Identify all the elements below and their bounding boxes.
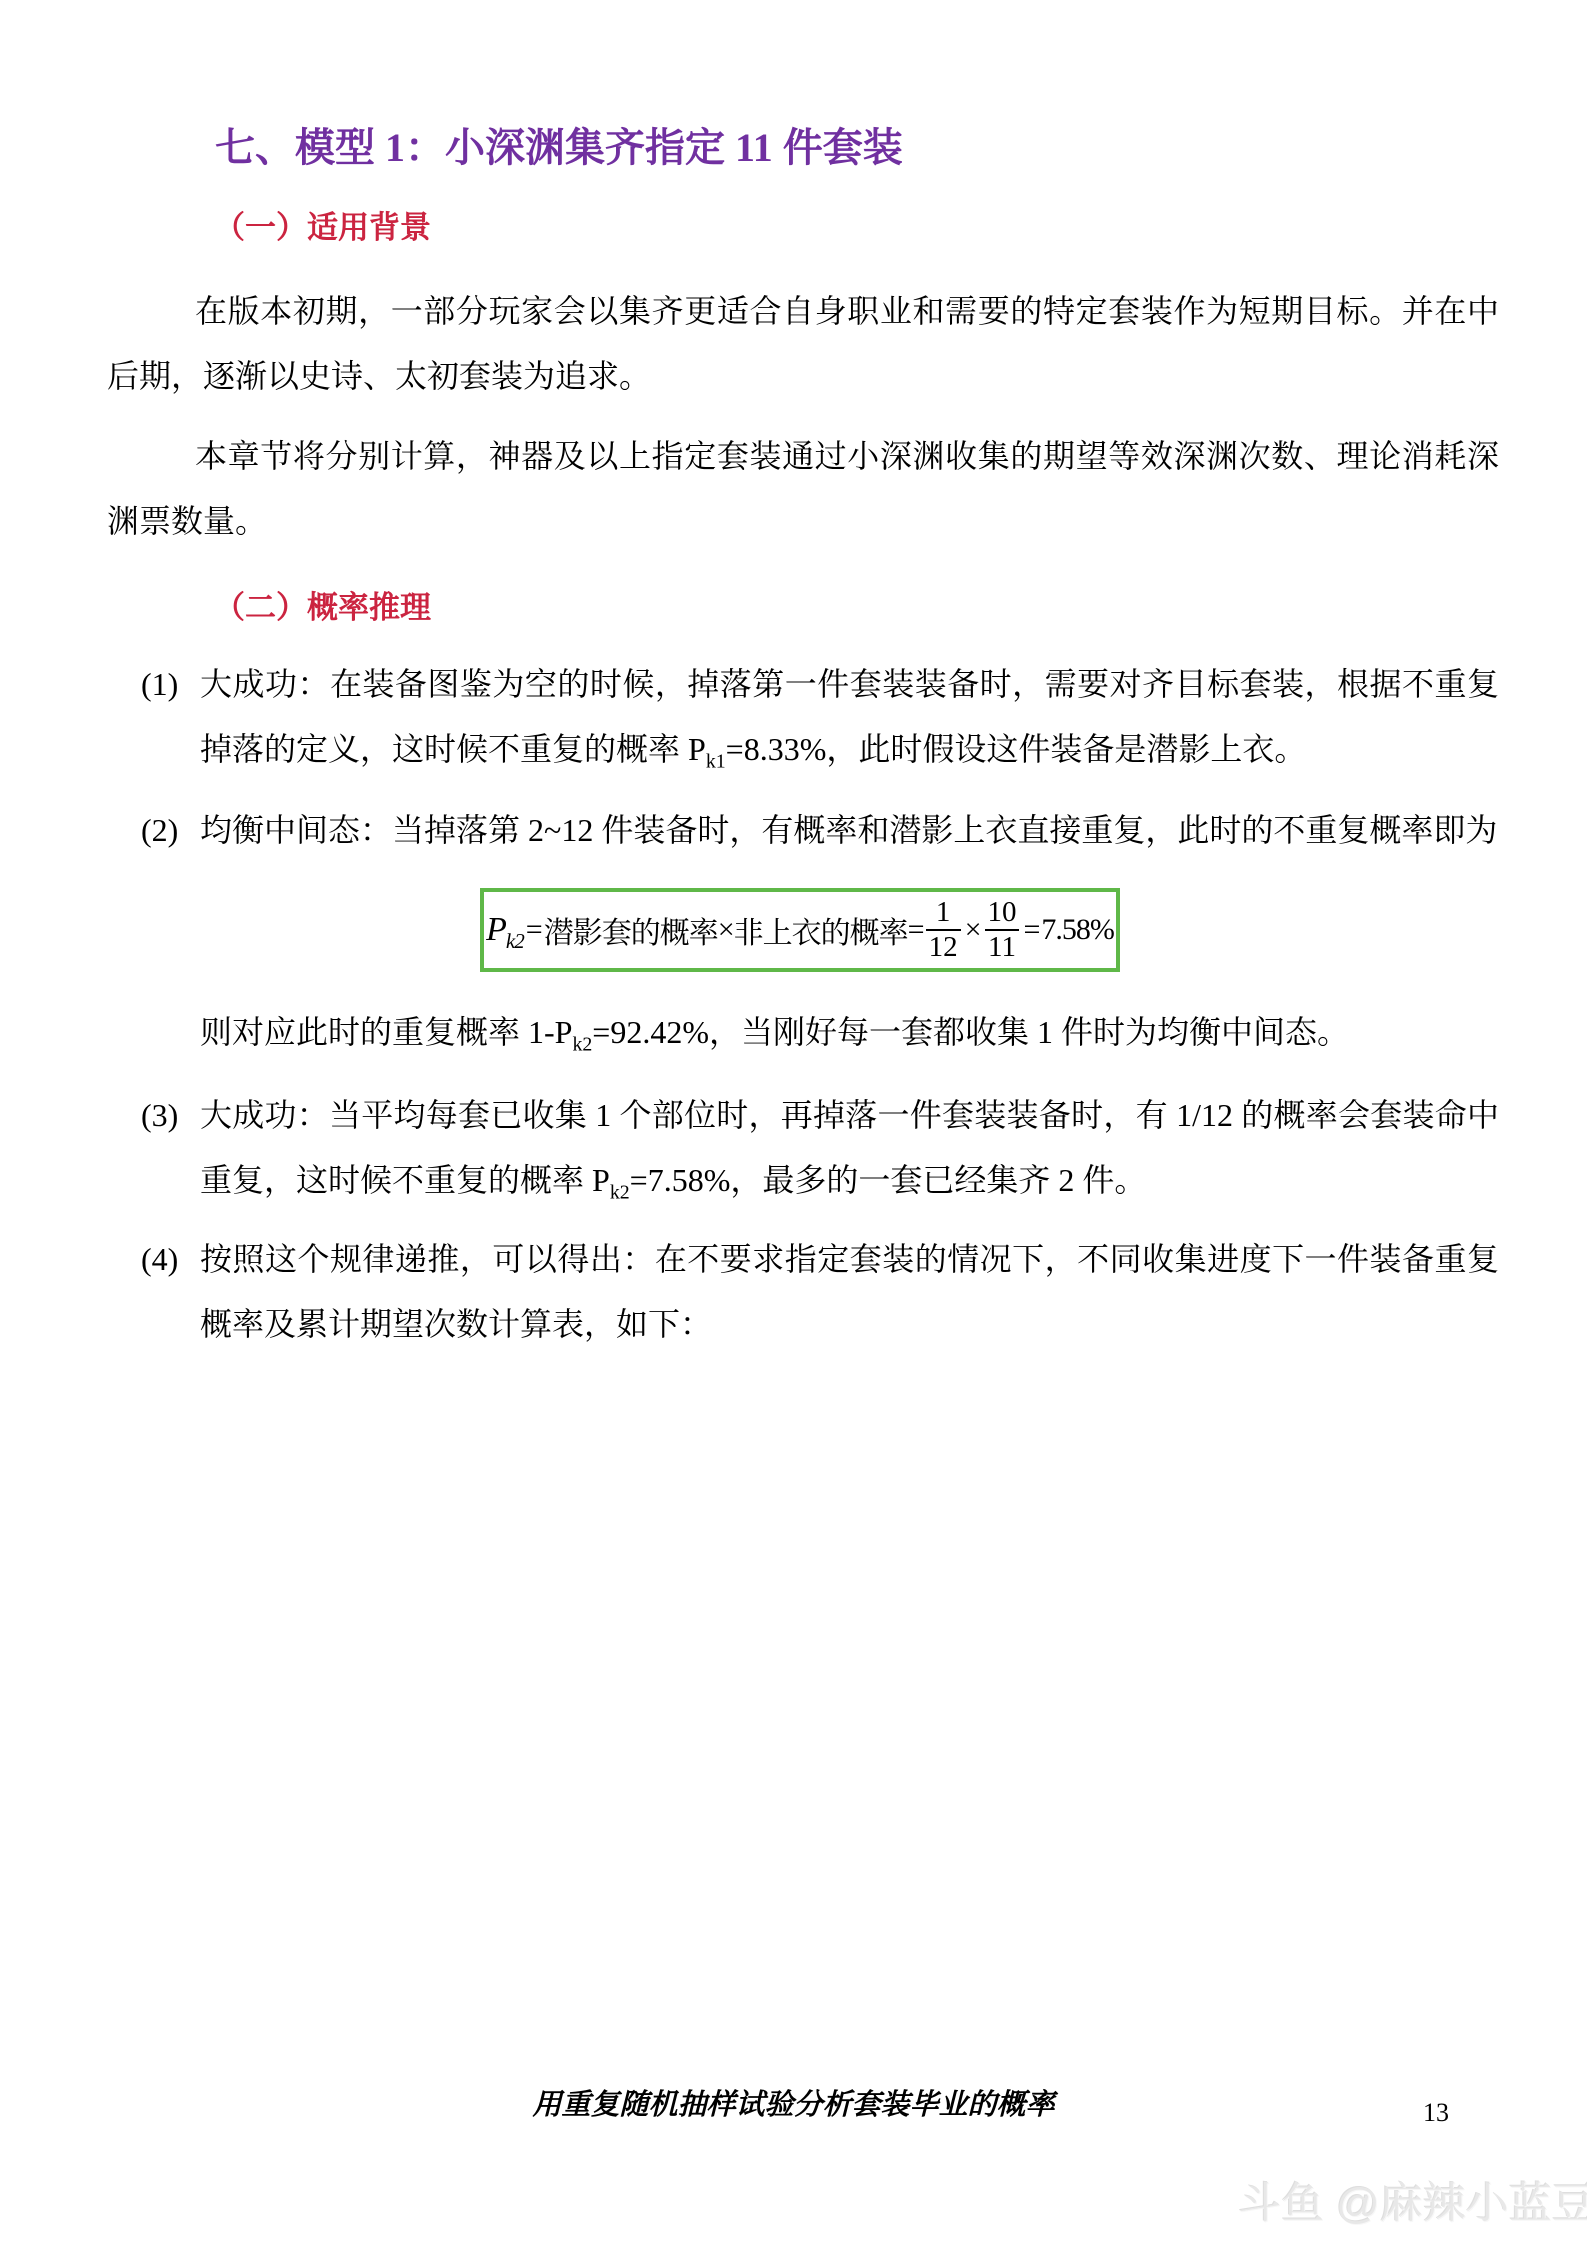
page-number: 13 (1423, 2098, 1449, 2128)
formula-equals-3: = (1021, 913, 1041, 947)
list-item-1: (1) 大成功：在装备图鉴为空的时候，掉落第一件套装装备时，需要对齐目标套装，根… (107, 652, 1499, 782)
formula-times-1: × (718, 913, 734, 947)
formula-equals-1: = (524, 913, 544, 947)
fraction-1-denominator: 12 (926, 929, 961, 964)
list-item-2-seg1: 均衡中间态：当掉落第 2~12 件装备时，有概率和潜影上衣直接重复，此时的不重复… (200, 812, 1497, 848)
paragraph-1: 在版本初期，一部分玩家会以集齐更适合自身职业和需要的特定套装作为短期目标。并在中… (107, 279, 1499, 409)
formula-times-2: × (963, 913, 983, 947)
formula-symbol: Pk2 (486, 911, 524, 949)
list-item-3: (3) 大成功：当平均每套已收集 1 个部位时，再掉落一件套装装备时，有 1/1… (107, 1083, 1499, 1213)
list-item-4: (4) 按照这个规律递推，可以得出：在不要求指定套装的情况下，不同收集进度下一件… (107, 1227, 1499, 1357)
formula-symbol-p: P (486, 911, 506, 948)
document-content: 七、模型 1：小深渊集齐指定 11 件套装 （一）适用背景 在版本初期，一部分玩… (107, 0, 1499, 1357)
list-item-3-marker: (3) (141, 1083, 178, 1148)
formula-box: Pk2 = 潜影套的概率 × 非上衣的概率 = 1 12 × 10 11 = 7… (480, 888, 1120, 972)
watermark: 斗鱼 @麻辣小蓝豆 (1238, 2170, 1587, 2231)
list-item-4-marker: (4) (141, 1227, 178, 1292)
formula-fraction-1: 1 12 (926, 896, 961, 965)
list-item-1-text: 大成功：在装备图鉴为空的时候，掉落第一件套装装备时，需要对齐目标套装，根据不重复… (200, 666, 1499, 767)
formula-fraction-2: 10 11 (984, 896, 1019, 965)
note-paragraph: 则对应此时的重复概率 1-Pk2=92.42%，当刚好每一套都收集 1 件时为均… (107, 1000, 1499, 1065)
list-item-2-text: 均衡中间态：当掉落第 2~12 件装备时，有概率和潜影上衣直接重复，此时的不重复… (200, 812, 1497, 848)
list-item-1-subscript: k1 (706, 750, 726, 772)
list-item-3-subscript: k2 (610, 1181, 630, 1203)
section-heading-2: （二）概率推理 (214, 588, 1499, 628)
paragraph-2: 本章节将分别计算，神器及以上指定套装通过小深渊收集的期望等效深渊次数、理论消耗深… (107, 424, 1499, 554)
note-seg1: 则对应此时的重复概率 1-P (200, 1014, 572, 1050)
list-item-2: (2) 均衡中间态：当掉落第 2~12 件装备时，有概率和潜影上衣直接重复，此时… (107, 798, 1499, 863)
fraction-1-numerator: 1 (933, 896, 954, 929)
formula-symbol-subscript: k2 (506, 929, 524, 953)
formula-equals-2: = (908, 913, 924, 947)
formula-result: 7.58% (1041, 913, 1114, 947)
note-subscript: k2 (572, 1033, 592, 1055)
list-item-1-seg2: =8.33%，此时假设这件装备是潜影上衣。 (726, 731, 1307, 767)
formula-container: Pk2 = 潜影套的概率 × 非上衣的概率 = 1 12 × 10 11 = 7… (480, 888, 1499, 972)
list-item-1-marker: (1) (141, 652, 178, 717)
list-item-4-seg1: 按照这个规律递推，可以得出：在不要求指定套装的情况下，不同收集进度下一件装备重复… (200, 1241, 1499, 1342)
note-seg2: =92.42%，当刚好每一套都收集 1 件时为均衡中间态。 (592, 1014, 1349, 1050)
formula-term-1: 潜影套的概率 (544, 908, 718, 952)
document-page: 七、模型 1：小深渊集齐指定 11 件套装 （一）适用背景 在版本初期，一部分玩… (0, 0, 1587, 2245)
fraction-2-denominator: 11 (985, 929, 1019, 964)
list-item-2-marker: (2) (141, 798, 178, 863)
footer-title: 用重复随机抽样试验分析套装毕业的概率 (0, 2082, 1587, 2123)
fraction-2-numerator: 10 (984, 896, 1019, 929)
formula-term-2: 非上衣的概率 (734, 908, 908, 952)
chapter-title: 七、模型 1：小深渊集齐指定 11 件套装 (215, 123, 1499, 173)
list-item-4-text: 按照这个规律递推，可以得出：在不要求指定套装的情况下，不同收集进度下一件装备重复… (200, 1241, 1499, 1342)
section-heading-1: （一）适用背景 (214, 208, 1499, 248)
list-item-3-text: 大成功：当平均每套已收集 1 个部位时，再掉落一件套装装备时，有 1/12 的概… (200, 1097, 1499, 1198)
list-item-3-seg2: =7.58%，最多的一套已经集齐 2 件。 (630, 1162, 1147, 1198)
